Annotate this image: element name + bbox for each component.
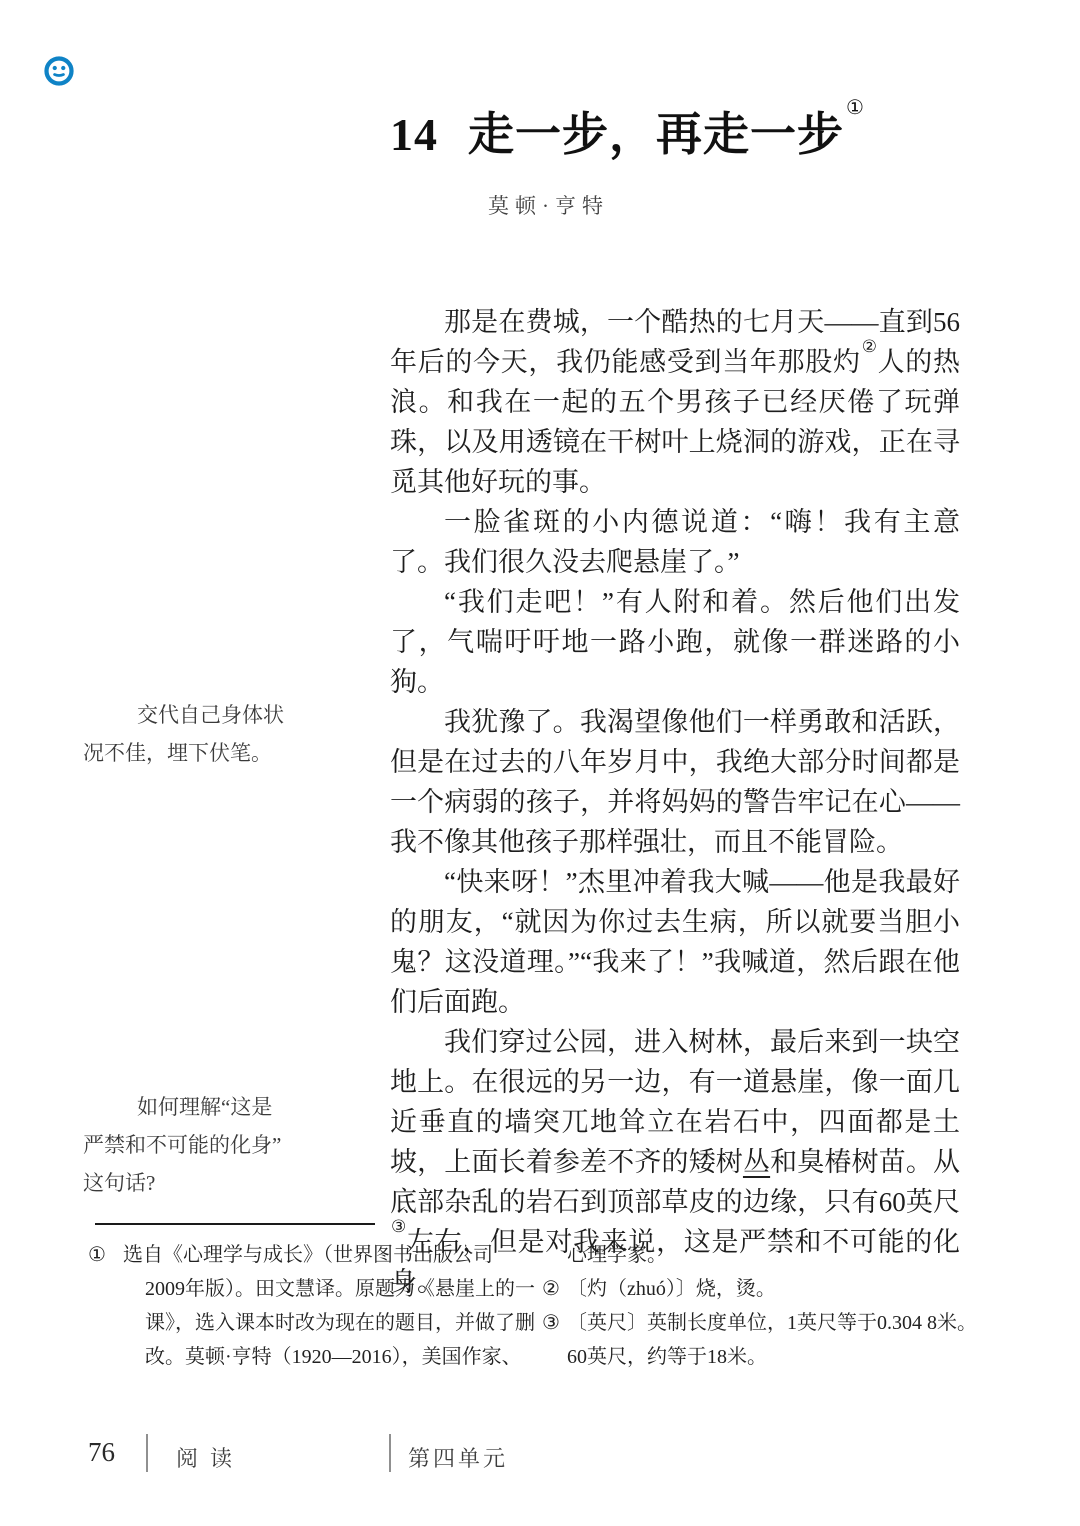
- footnote-column-left: ① 选自《心理学与成长》（世界图书出版公司 2009年版）。田文慧译。原题为《悬…: [88, 1238, 508, 1374]
- footnote-ref-2: ②: [862, 337, 878, 356]
- margin-note-question: 如何理解“这是 严禁和不可能的化身” 这句话?: [83, 1088, 283, 1202]
- lesson-title-text: 走一步，再走一步: [468, 109, 844, 160]
- lesson-number: 14: [390, 109, 438, 160]
- article-body: 那是在费城，一个酷热的七月天——直到56年后的今天，我仍能感受到当年那股灼②人的…: [390, 302, 960, 1302]
- footnote-1-marker: ①: [88, 1238, 106, 1272]
- title-footnote-ref: ①: [846, 97, 865, 119]
- footnote-1-continuation: 心理学家。: [567, 1238, 1022, 1272]
- footnote-3: ③ 〔英尺〕英制长度单位，1英尺等于0.304 8米。: [542, 1306, 1022, 1340]
- footer-section-label: 阅读: [176, 1442, 244, 1473]
- footer-unit-label: 第四单元: [408, 1442, 508, 1473]
- paragraph-4: 我犹豫了。我渴望像他们一样勇敢和活跃，但是在过去的八年岁月中，我绝大部分时间都是…: [390, 702, 960, 862]
- footnote-2-marker: ②: [542, 1272, 567, 1306]
- author-name: 莫顿·亨特: [488, 190, 609, 220]
- footnote-3-marker: ③: [542, 1306, 567, 1340]
- footnote-divider: [95, 1223, 375, 1225]
- lesson-title: 14走一步，再走一步①: [390, 98, 863, 164]
- footer-divider-2: [389, 1434, 391, 1472]
- margin-note-foreshadowing: 交代自己身体状 况不佳，埋下伏笔。: [83, 696, 283, 772]
- paragraph-5: “快来呀！”杰里冲着我大喊——他是我最好的朋友，“就因为你过去生病，所以就要当胆…: [390, 862, 960, 1022]
- smiley-icon: [44, 56, 74, 86]
- paragraph-1: 那是在费城，一个酷热的七月天——直到56年后的今天，我仍能感受到当年那股灼②人的…: [390, 302, 960, 502]
- new-character-underlined: 丛: [743, 1147, 770, 1177]
- footnote-2: ② 〔灼（zhuó）〕烧，烫。: [542, 1272, 1022, 1306]
- footnote-ref-3: ③: [391, 1217, 407, 1236]
- paragraph-3: “我们走吧！”有人附和着。然后他们出发了，气喘吁吁地一路小跑，就像一群迷路的小狗…: [390, 582, 960, 702]
- page-number: 76: [88, 1437, 115, 1468]
- footer-divider-1: [146, 1434, 148, 1472]
- textbook-page: 14走一步，再走一步① 莫顿·亨特 那是在费城，一个酷热的七月天——直到56年后…: [0, 0, 1080, 1526]
- footnote-column-right: 心理学家。 ② 〔灼（zhuó）〕烧，烫。 ③ 〔英尺〕英制长度单位，1英尺等于…: [542, 1238, 1022, 1374]
- paragraph-2: 一脸雀斑的小内德说道：“嗨！我有主意了。我们很久没去爬悬崖了。”: [390, 502, 960, 582]
